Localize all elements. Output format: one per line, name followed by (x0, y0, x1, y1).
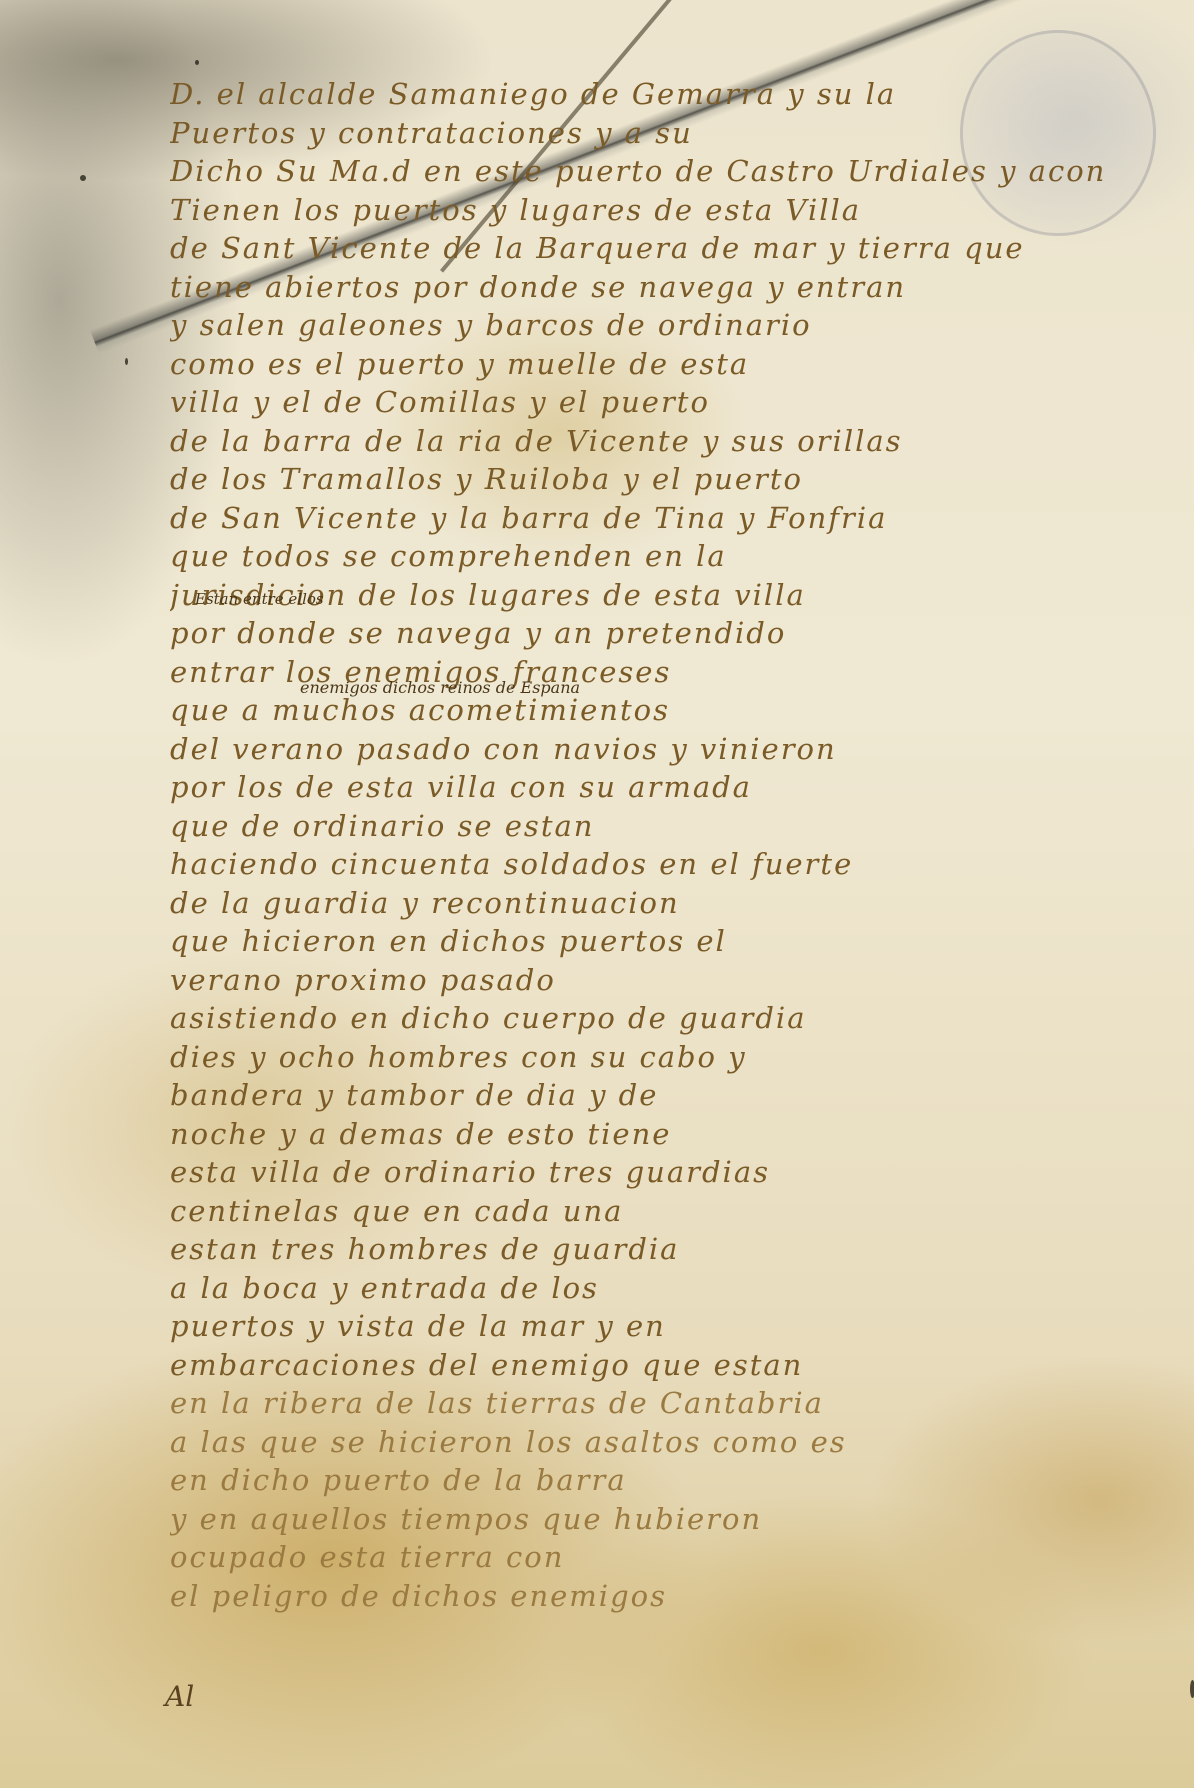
manuscript-line: de la guardia y recontinuacion (170, 884, 1130, 923)
manuscript-body: D. el alcalde Samaniego de Gemarra y su … (170, 75, 1130, 1615)
manuscript-line: de San Vicente y la barra de Tina y Fonf… (170, 499, 1130, 538)
manuscript-line: dies y ocho hombres con su cabo y (170, 1038, 1130, 1077)
manuscript-line: que hicieron en dichos puertos el (170, 922, 1130, 961)
manuscript-line: estan tres hombres de guardia (170, 1230, 1130, 1269)
rubric-mark: Al (165, 1680, 194, 1713)
manuscript-line: haciendo cincuenta soldados en el fuerte (170, 845, 1130, 884)
manuscript-line: puertos y vista de la mar y en (170, 1307, 1130, 1346)
manuscript-line: que de ordinario se estan (170, 807, 1130, 846)
ink-spot (1190, 1680, 1194, 1698)
ink-spot (195, 60, 199, 65)
manuscript-line: Puertos y contrataciones y a su (170, 114, 1130, 153)
manuscript-line: de los Tramallos y Ruiloba y el puerto (170, 460, 1130, 499)
manuscript-line: villa y el de Comillas y el puerto (170, 383, 1130, 422)
manuscript-line: en dicho puerto de la barra (170, 1461, 1130, 1500)
manuscript-line: esta villa de ordinario tres guardias (170, 1153, 1130, 1192)
manuscript-line: por donde se navega y an pretendido (170, 614, 1130, 653)
manuscript-line: el peligro de dichos enemigos (170, 1577, 1130, 1616)
manuscript-line: ocupado esta tierra con (170, 1538, 1130, 1577)
ink-spot (80, 175, 86, 181)
manuscript-line: D. el alcalde Samaniego de Gemarra y su … (170, 75, 1130, 114)
manuscript-line: por los de esta villa con su armada (170, 768, 1130, 807)
manuscript-page: D. el alcalde Samaniego de Gemarra y su … (0, 0, 1194, 1788)
manuscript-line: bandera y tambor de dia y de (170, 1076, 1130, 1115)
manuscript-line: a las que se hicieron los asaltos como e… (170, 1423, 1130, 1462)
manuscript-line: Dicho Su Ma.d en este puerto de Castro U… (170, 152, 1130, 191)
manuscript-line: asistiendo en dicho cuerpo de guardia (170, 999, 1130, 1038)
manuscript-line: que todos se comprehenden en la (170, 537, 1130, 576)
manuscript-line: a la boca y entrada de los (170, 1269, 1130, 1308)
manuscript-line: centinelas que en cada una (170, 1192, 1130, 1231)
manuscript-line: en la ribera de las tierras de Cantabria (170, 1384, 1130, 1423)
manuscript-line: como es el puerto y muelle de esta (170, 345, 1130, 384)
manuscript-line: noche y a demas de esto tiene (170, 1115, 1130, 1154)
manuscript-line: del verano pasado con navios y vinieron (170, 730, 1130, 769)
manuscript-line: embarcaciones del enemigo que estan (170, 1346, 1130, 1385)
manuscript-line: tiene abiertos por donde se navega y ent… (170, 268, 1130, 307)
marginal-annotation: Estan entre ellos (195, 590, 324, 608)
manuscript-line: de la barra de la ria de Vicente y sus o… (170, 422, 1130, 461)
manuscript-line: y salen galeones y barcos de ordinario (170, 306, 1130, 345)
interlinear-annotation: enemigos dichos reinos de Espana (300, 678, 580, 697)
manuscript-line: y en aquellos tiempos que hubieron (170, 1500, 1130, 1539)
ink-spot (125, 358, 128, 365)
manuscript-line: Tienen los puertos y lugares de esta Vil… (170, 191, 1130, 230)
manuscript-line: de Sant Vicente de la Barquera de mar y … (170, 229, 1130, 268)
manuscript-line: verano proximo pasado (170, 961, 1130, 1000)
